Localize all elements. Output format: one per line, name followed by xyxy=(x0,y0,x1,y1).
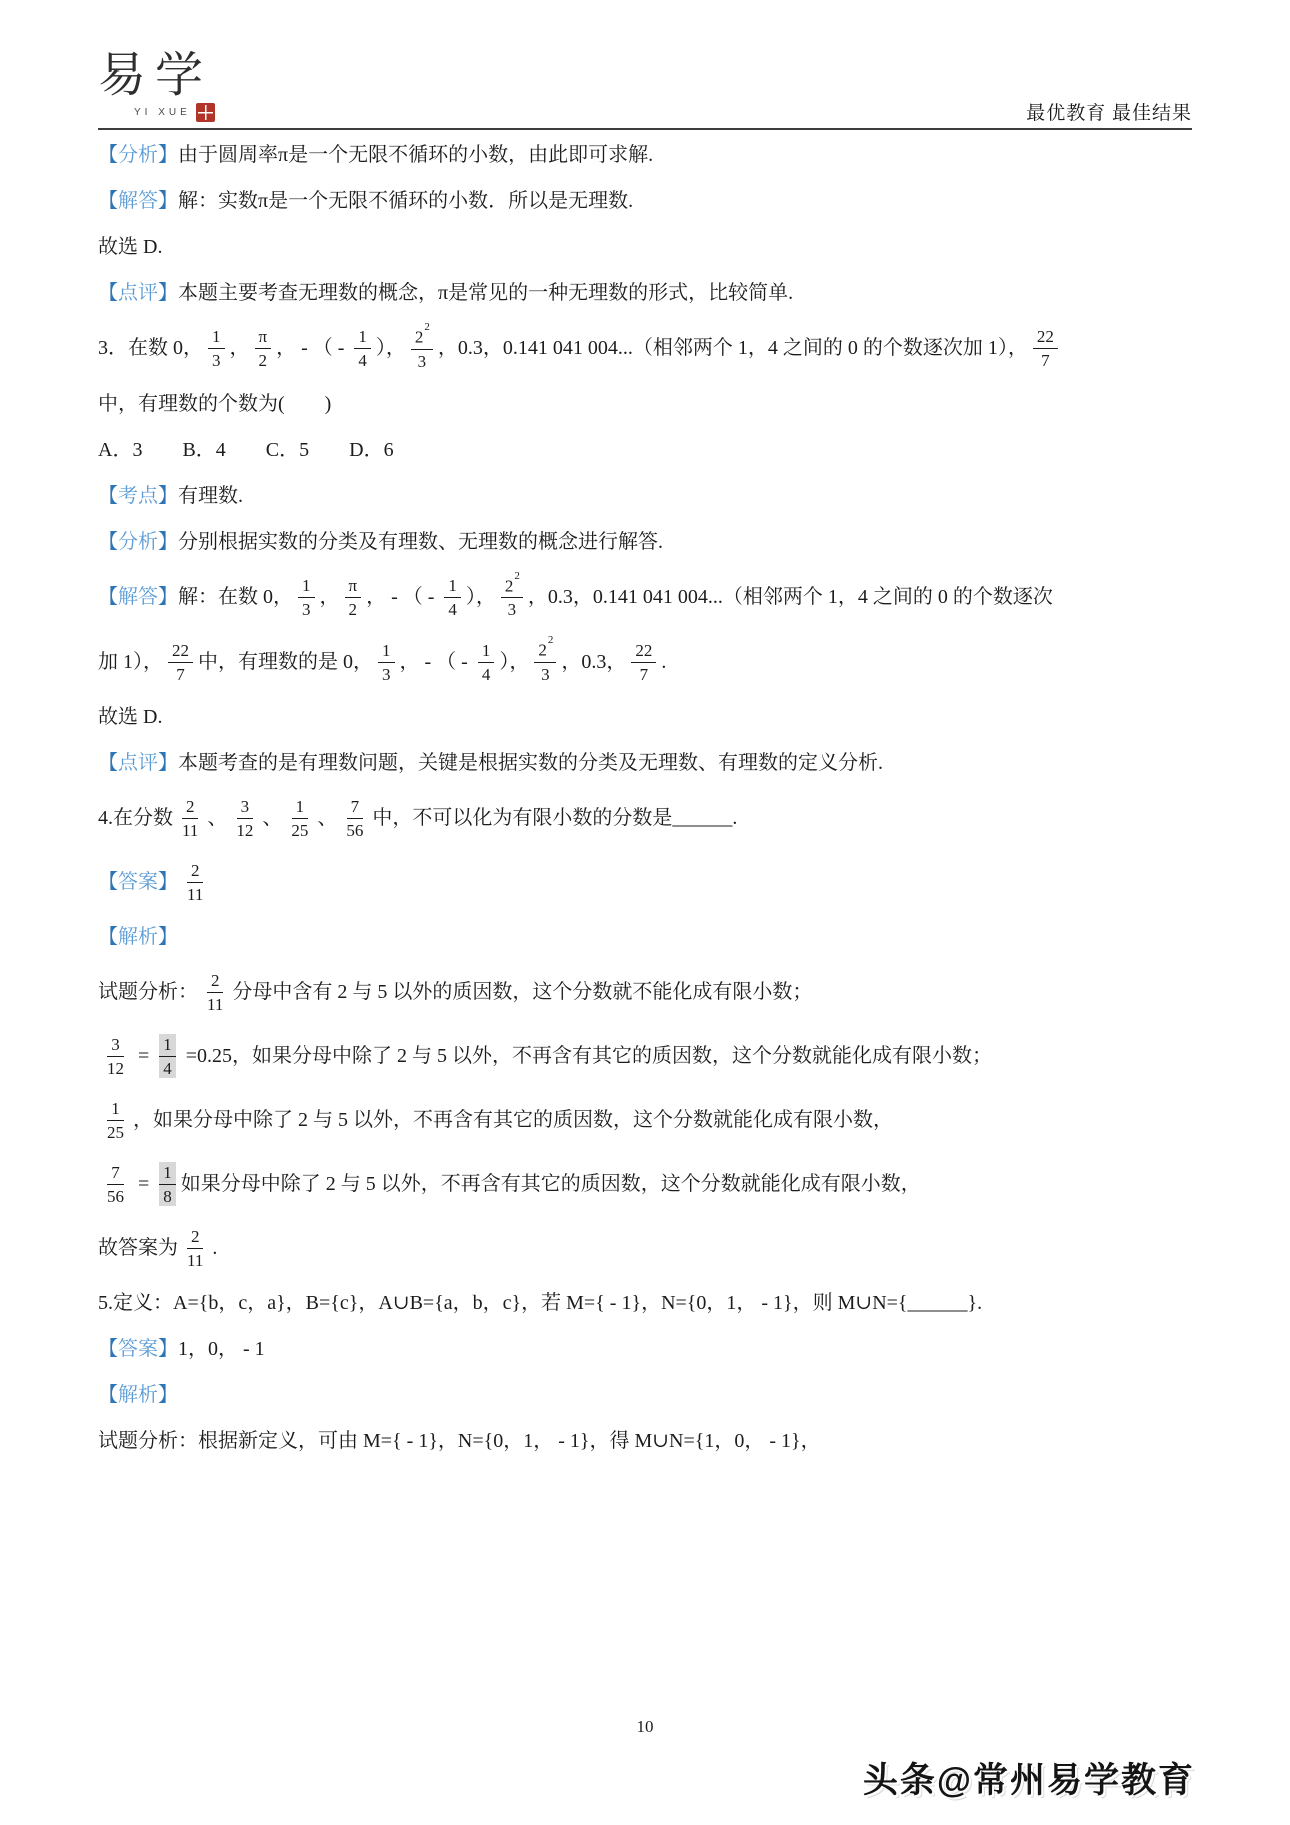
text-run: 1，0， - 1 xyxy=(178,1334,265,1364)
label-text: 解析 xyxy=(118,926,158,948)
fraction-numerator: 7 xyxy=(107,1162,124,1185)
paragraph: 【答案】211 xyxy=(98,858,1192,906)
fraction-denominator: 7 xyxy=(172,663,189,684)
fraction: 227 xyxy=(631,640,656,684)
fraction: 756 xyxy=(103,1162,128,1206)
fraction: 223 xyxy=(501,575,523,620)
text-run: ）， xyxy=(376,333,406,363)
fraction-denominator: 4 xyxy=(444,598,461,619)
text-run: 由于圆周率π是一个无限不循环的小数，由此即可求解. xyxy=(178,140,653,170)
section-label: 【解析】 xyxy=(98,1380,178,1410)
fraction: 14 xyxy=(444,575,461,619)
text-run: 故选 D. xyxy=(98,702,162,732)
label-text: 答案 xyxy=(118,1338,158,1360)
paragraph: 【解析】 xyxy=(98,922,1192,952)
fraction-numerator: π xyxy=(345,575,362,598)
label-text: 点评 xyxy=(118,282,158,304)
fraction-numerator: 7 xyxy=(347,796,364,819)
label-bracket: 【 xyxy=(98,485,118,507)
fraction-denominator: 3 xyxy=(414,350,431,371)
paragraph: 故选 D. xyxy=(98,232,1192,262)
paragraph: 4.在分数211、312、125、756中，不可以化为有限小数的分数是_____… xyxy=(98,794,1192,842)
fraction: 227 xyxy=(168,640,193,684)
fraction-numerator: 1 xyxy=(354,326,371,349)
paragraph: 【解析】 xyxy=(98,1380,1192,1410)
fraction: 14 xyxy=(478,640,495,684)
brand-logo-subrow: YI XUE xyxy=(134,103,215,122)
fraction: 211 xyxy=(183,1226,207,1270)
fraction-numerator: 1 xyxy=(107,1098,124,1121)
text-run: ， xyxy=(320,582,340,612)
fraction-numerator: 22 xyxy=(1033,326,1058,349)
fraction: 227 xyxy=(1033,326,1058,370)
paragraph: 756 = 18如果分母中除了 2 与 5 以外，不再含有其它的质因数，这个分数… xyxy=(98,1160,1192,1208)
label-bracket: 【 xyxy=(98,1338,118,1360)
label-bracket: 【 xyxy=(98,926,118,948)
text-run: 试题分析：根据新定义，可由 M={ - 1}，N={0，1， - 1}，得 M∪… xyxy=(98,1426,821,1456)
label-text: 点评 xyxy=(118,752,158,774)
fraction: 756 xyxy=(342,796,367,840)
section-label: 【点评】 xyxy=(98,748,178,778)
brand-logo: 易学 YI XUE xyxy=(98,52,215,128)
label-bracket: 【 xyxy=(98,144,118,166)
text-run: 中，有理数的个数为( ) xyxy=(98,389,331,419)
text-run: 、 xyxy=(317,803,337,833)
label-bracket: 】 xyxy=(158,531,178,553)
fraction-numerator: π xyxy=(255,326,272,349)
fraction-denominator: 11 xyxy=(203,993,227,1014)
label-bracket: 【 xyxy=(98,1384,118,1406)
label-bracket: 】 xyxy=(158,144,178,166)
fraction-denominator: 12 xyxy=(232,819,257,840)
fraction-exponent: 2 xyxy=(514,570,520,582)
fraction-denominator: 4 xyxy=(159,1057,176,1078)
paragraph: 【答案】1，0， - 1 xyxy=(98,1334,1192,1364)
paragraph: 312 = 14 =0.25，如果分母中除了 2 与 5 以外，不再含有其它的质… xyxy=(98,1032,1192,1080)
text-run: 分母中含有 2 与 5 以外的质因数，这个分数就不能化成有限小数； xyxy=(232,977,812,1007)
page-number: 10 xyxy=(0,1717,1290,1737)
label-text: 答案 xyxy=(118,871,158,893)
label-bracket: 【 xyxy=(98,586,118,608)
text-run: 本题主要考查无理数的概念，π是常见的一种无理数的形式，比较简单. xyxy=(178,278,793,308)
fraction-denominator: 3 xyxy=(298,598,315,619)
label-bracket: 】 xyxy=(158,926,178,948)
label-bracket: 】 xyxy=(158,586,178,608)
fraction-exponent: 2 xyxy=(424,321,430,333)
label-bracket: 【 xyxy=(98,190,118,212)
label-bracket: 【 xyxy=(98,752,118,774)
text-run: A．3 B．4 C．5 D．6 xyxy=(98,435,394,465)
fraction-numerator: 1 xyxy=(159,1162,176,1185)
fraction-denominator: 3 xyxy=(378,663,395,684)
fraction: 14 xyxy=(354,326,371,370)
text-run: 、 xyxy=(207,803,227,833)
fraction-numerator: 1 xyxy=(292,796,309,819)
label-bracket: 】 xyxy=(158,1338,178,1360)
fraction-numerator: 2 xyxy=(187,860,204,883)
paragraph: A．3 B．4 C．5 D．6 xyxy=(98,435,1192,465)
text-run: 本题考查的是有理数问题，关键是根据实数的分类及无理数、有理数的定义分析. xyxy=(178,748,883,778)
paragraph: 试题分析：211分母中含有 2 与 5 以外的质因数，这个分数就不能化成有限小数… xyxy=(98,968,1192,1016)
header-tagline: 最优教育 最佳结果 xyxy=(1026,98,1192,128)
paragraph: 【解答】解：在数 0，13，π2， - （ - 14），223，0.3，0.14… xyxy=(98,573,1192,622)
fraction-numerator: 1 xyxy=(378,640,395,663)
text-run: 中，不可以化为有限小数的分数是______. xyxy=(372,803,737,833)
brand-logo-pinyin: YI XUE xyxy=(134,108,191,118)
fraction-denominator: 25 xyxy=(103,1121,128,1142)
text-run: ， - （ - xyxy=(400,647,473,677)
fraction: 211 xyxy=(178,796,202,840)
section-label: 【点评】 xyxy=(98,278,178,308)
fraction-numerator: 2 xyxy=(187,1226,204,1249)
fraction: 125 xyxy=(287,796,312,840)
fraction-denominator: 56 xyxy=(103,1185,128,1206)
paragraph: 【考点】有理数. xyxy=(98,481,1192,511)
brand-logo-text: 易学 xyxy=(98,52,215,100)
text-run: ， xyxy=(230,333,250,363)
watermark-text: 头条@常州易学教育 xyxy=(863,1753,1195,1803)
fraction: 211 xyxy=(183,860,207,904)
fraction-denominator: 2 xyxy=(255,349,272,370)
label-bracket: 【 xyxy=(98,871,118,893)
paragraph: 3．在数 0，13，π2， - （ - 14），223，0.3，0.141 04… xyxy=(98,324,1192,373)
label-bracket: 】 xyxy=(158,752,178,774)
fraction-denominator: 25 xyxy=(287,819,312,840)
text-run: =0.25，如果分母中除了 2 与 5 以外，不再含有其它的质因数，这个分数就能… xyxy=(181,1041,992,1071)
text-run: = xyxy=(133,1041,154,1071)
text-run: 解：在数 0， xyxy=(178,582,293,612)
paragraph: 125，如果分母中除了 2 与 5 以外，不再含有其它的质因数，这个分数就能化成… xyxy=(98,1096,1192,1144)
text-run: 、 xyxy=(262,803,282,833)
label-bracket: 】 xyxy=(158,282,178,304)
fraction: 13 xyxy=(378,640,395,684)
fraction-denominator: 56 xyxy=(342,819,367,840)
text-run: 故选 D. xyxy=(98,232,162,262)
label-bracket: 】 xyxy=(158,871,178,893)
fraction-denominator: 4 xyxy=(478,663,495,684)
text-run: ， - （ - xyxy=(366,582,439,612)
text-run: 分别根据实数的分类及有理数、无理数的概念进行解答. xyxy=(178,527,663,557)
fraction-numerator: 22 xyxy=(501,575,523,599)
text-run: ，0.3， xyxy=(561,647,626,677)
fraction-numerator: 1 xyxy=(208,326,225,349)
label-text: 分析 xyxy=(118,144,158,166)
text-run: . xyxy=(661,647,666,677)
fraction: π2 xyxy=(255,326,272,370)
fraction-numerator: 1 xyxy=(444,575,461,598)
fraction: 223 xyxy=(411,326,433,371)
text-run: 5.定义：A={b，c，a}，B={c}，A∪B={a，b，c}，若 M={ -… xyxy=(98,1288,982,1318)
fraction-denominator: 11 xyxy=(183,1249,207,1270)
fraction-numerator: 2 xyxy=(207,970,224,993)
paragraph: 【分析】由于圆周率π是一个无限不循环的小数，由此即可求解. xyxy=(98,140,1192,170)
text-run: ）， xyxy=(499,647,529,677)
paragraph: 【点评】本题主要考查无理数的概念，π是常见的一种无理数的形式，比较简单. xyxy=(98,278,1192,308)
brand-seal-icon xyxy=(196,103,215,122)
fraction-denominator: 12 xyxy=(103,1057,128,1078)
fraction: 18 xyxy=(159,1162,176,1206)
text-run: 有理数. xyxy=(178,481,243,511)
section-label: 【解析】 xyxy=(98,922,178,952)
fraction-numerator: 1 xyxy=(298,575,315,598)
fraction-numerator: 22 xyxy=(411,326,433,350)
fraction-denominator: 3 xyxy=(208,349,225,370)
section-label: 【分析】 xyxy=(98,140,178,170)
section-label: 【解答】 xyxy=(98,582,178,612)
text-run: ，0.3，0.141 041 004...（相邻两个 1，4 之间的 0 的个数… xyxy=(438,333,1028,363)
fraction-numerator: 22 xyxy=(631,640,656,663)
label-bracket: 【 xyxy=(98,531,118,553)
document-body: 【分析】由于圆周率π是一个无限不循环的小数，由此即可求解.【解答】解：实数π是一… xyxy=(98,140,1192,1456)
fraction: 14 xyxy=(159,1034,176,1078)
text-run: 4.在分数 xyxy=(98,803,173,833)
fraction: 125 xyxy=(103,1098,128,1142)
fraction-denominator: 3 xyxy=(537,663,554,684)
fraction-numerator: 2 xyxy=(182,796,199,819)
fraction: π2 xyxy=(345,575,362,619)
text-run: 加 1）， xyxy=(98,647,163,677)
paragraph: 【解答】解：实数π是一个无限不循环的小数．所以是无理数. xyxy=(98,186,1192,216)
label-bracket: 】 xyxy=(158,190,178,212)
text-run: ，如果分母中除了 2 与 5 以外，不再含有其它的质因数，这个分数就能化成有限小… xyxy=(133,1105,893,1135)
fraction-numerator: 1 xyxy=(159,1034,176,1057)
fraction-denominator: 11 xyxy=(183,883,207,904)
paragraph: 5.定义：A={b，c，a}，B={c}，A∪B={a，b，c}，若 M={ -… xyxy=(98,1288,1192,1318)
section-label: 【解答】 xyxy=(98,186,178,216)
fraction-denominator: 2 xyxy=(345,598,362,619)
text-run: 试题分析： xyxy=(98,977,198,1007)
fraction-denominator: 11 xyxy=(178,819,202,840)
fraction-denominator: 3 xyxy=(504,598,521,619)
paragraph: 试题分析：根据新定义，可由 M={ - 1}，N={0，1， - 1}，得 M∪… xyxy=(98,1426,1192,1456)
text-run: ，0.3，0.141 041 004...（相邻两个 1，4 之间的 0 的个数… xyxy=(528,582,1053,612)
fraction: 312 xyxy=(103,1034,128,1078)
paragraph: 【分析】分别根据实数的分类及有理数、无理数的概念进行解答. xyxy=(98,527,1192,557)
label-bracket: 】 xyxy=(158,1384,178,1406)
label-text: 解析 xyxy=(118,1384,158,1406)
section-label: 【答案】 xyxy=(98,1334,178,1364)
label-bracket: 】 xyxy=(158,485,178,507)
section-label: 【分析】 xyxy=(98,527,178,557)
fraction-exponent: 2 xyxy=(548,634,554,646)
paragraph: 故选 D. xyxy=(98,702,1192,732)
fraction-denominator: 7 xyxy=(1037,349,1054,370)
fraction-denominator: 8 xyxy=(159,1185,176,1206)
section-label: 【答案】 xyxy=(98,867,178,897)
fraction-denominator: 4 xyxy=(354,349,371,370)
label-text: 分析 xyxy=(118,531,158,553)
text-run: ， - （ - xyxy=(276,333,349,363)
fraction-numerator: 1 xyxy=(478,640,495,663)
fraction-numerator: 3 xyxy=(107,1034,124,1057)
paragraph: 加 1），227中，有理数的是 0，13， - （ - 14），223，0.3，… xyxy=(98,637,1192,686)
paragraph: 故答案为211. xyxy=(98,1224,1192,1272)
fraction: 13 xyxy=(298,575,315,619)
label-text: 考点 xyxy=(118,485,158,507)
fraction-denominator: 7 xyxy=(636,663,653,684)
text-run: 故答案为 xyxy=(98,1233,178,1263)
fraction-numerator: 3 xyxy=(237,796,254,819)
fraction: 312 xyxy=(232,796,257,840)
fraction-numerator: 22 xyxy=(168,640,193,663)
label-text: 解答 xyxy=(118,586,158,608)
fraction: 13 xyxy=(208,326,225,370)
text-run: 解：实数π是一个无限不循环的小数．所以是无理数. xyxy=(178,186,633,216)
fraction: 211 xyxy=(203,970,227,1014)
paragraph: 中，有理数的个数为( ) xyxy=(98,389,1192,419)
fraction: 223 xyxy=(534,639,556,684)
text-run: . xyxy=(212,1233,217,1263)
section-label: 【考点】 xyxy=(98,481,178,511)
paragraph: 【点评】本题考查的是有理数问题，关键是根据实数的分类及无理数、有理数的定义分析. xyxy=(98,748,1192,778)
text-run: ）， xyxy=(466,582,496,612)
fraction-numerator: 22 xyxy=(534,639,556,663)
text-run: 中，有理数的是 0， xyxy=(198,647,373,677)
label-text: 解答 xyxy=(118,190,158,212)
text-run: 3．在数 0， xyxy=(98,333,203,363)
page-header: 易学 YI XUE 最优教育 最佳结果 xyxy=(98,0,1192,130)
text-run: 如果分母中除了 2 与 5 以外，不再含有其它的质因数，这个分数就能化成有限小数… xyxy=(181,1169,921,1199)
text-run: = xyxy=(133,1169,154,1199)
label-bracket: 【 xyxy=(98,282,118,304)
document-page: 易学 YI XUE 最优教育 最佳结果 【分析】由于圆周率π是一个无限不循环的小… xyxy=(0,0,1290,1825)
